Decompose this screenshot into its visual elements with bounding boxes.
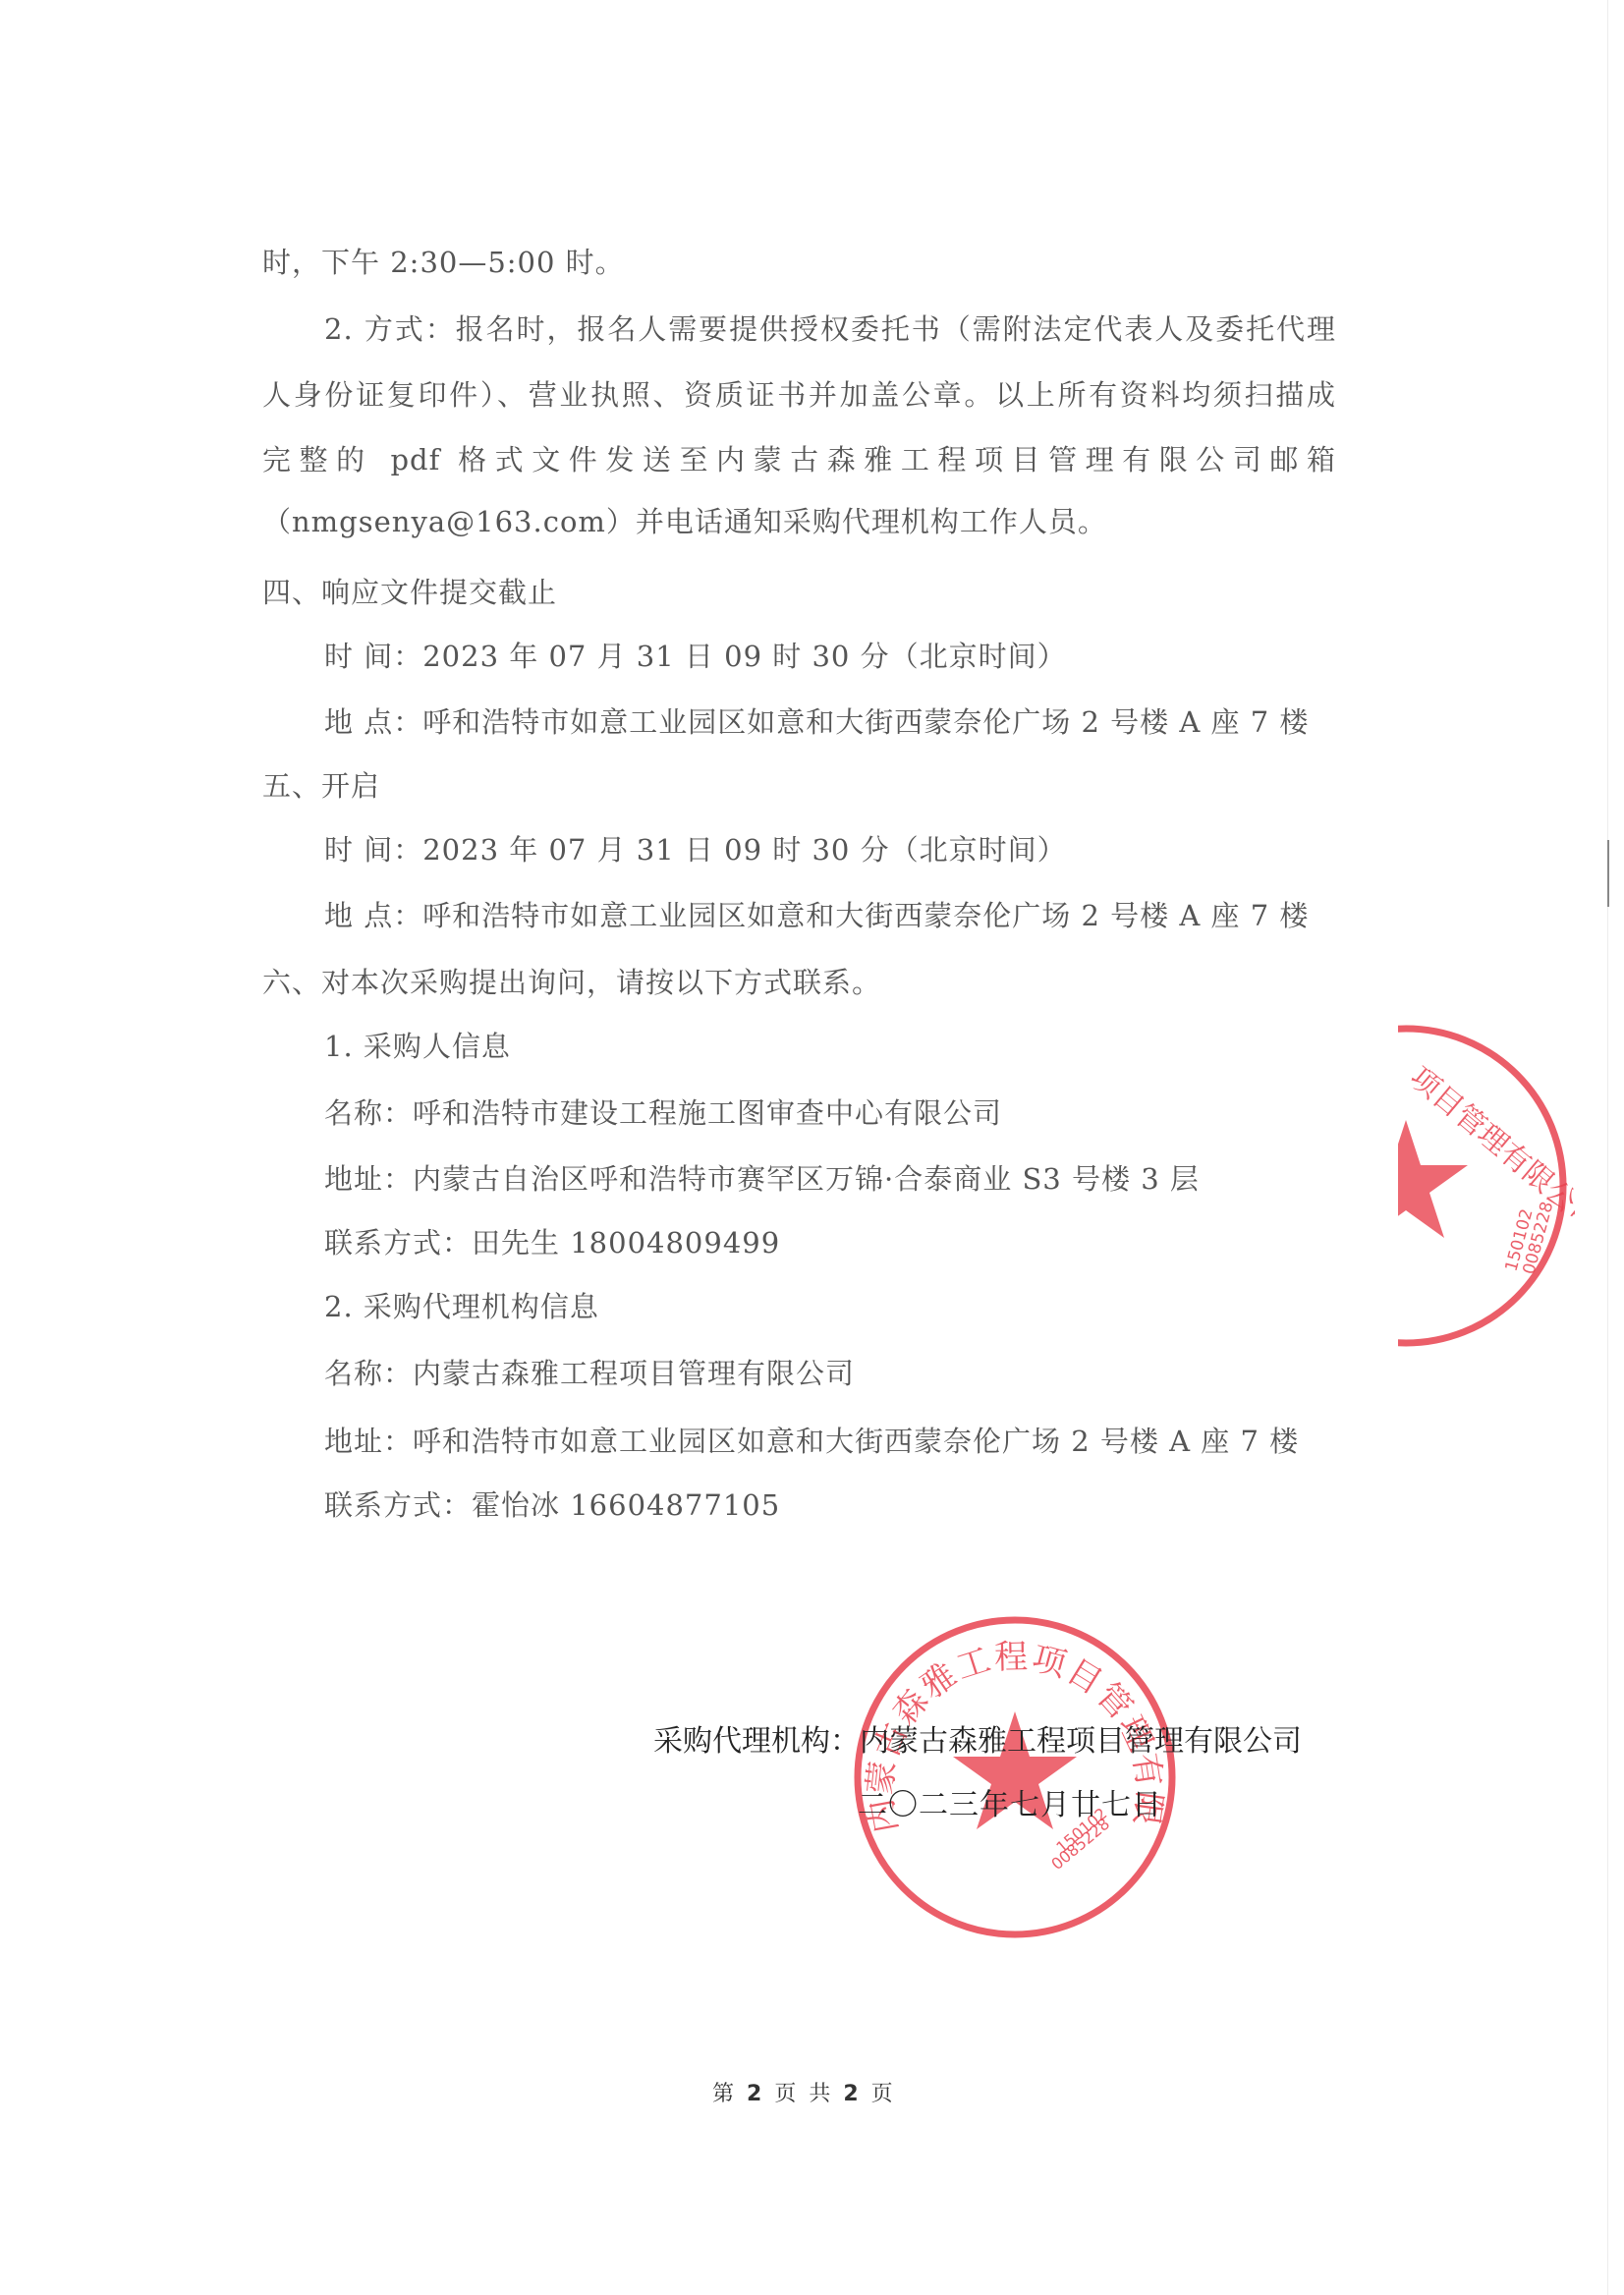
scan-edge-line: [1607, 0, 1608, 2295]
text-line: 联系方式：田先生 18004809499: [324, 1223, 780, 1262]
signature-agency: 采购代理机构：内蒙古森雅工程项目管理有限公司: [653, 1722, 1302, 1762]
subsection-heading: 2. 采购代理机构信息: [324, 1287, 599, 1326]
svg-text:0085228: 0085228: [1520, 1200, 1558, 1276]
page-footer: 第 2 页 共 2 页: [712, 2081, 893, 2108]
text-line: 完整的 pdf 格式文件发送至内蒙古森雅工程项目管理有限公司邮箱: [262, 440, 1336, 479]
section-heading: 四、响应文件提交截止: [262, 573, 557, 612]
current-page: 2: [747, 2082, 761, 2106]
text-line: 2. 方式：报名时，报名人需要提供授权委托书（需附法定代表人及委托代理: [324, 309, 1336, 349]
text-line: 时，下午 2:30—5:00 时。: [262, 243, 625, 282]
text-line: 人身份证复印件）、营业执照、资质证书并加盖公章。以上所有资料均须扫描成: [262, 375, 1336, 415]
text-line: 名称：内蒙古森雅工程项目管理有限公司: [324, 1354, 855, 1393]
text-line: 名称：呼和浩特市建设工程施工图审查中心有限公司: [324, 1093, 1002, 1133]
section-heading: 五、开启: [262, 766, 380, 806]
text-line: 地址：呼和浩特市如意工业园区如意和大街西蒙奈伦广场 2 号楼 A 座 7 楼: [324, 1422, 1299, 1461]
footer-suffix: 页: [871, 2082, 893, 2106]
total-pages: 2: [843, 2082, 858, 2106]
svg-text:项目管理有限公司: 项目管理有限公司: [1403, 1060, 1575, 1238]
footer-prefix: 第: [712, 2082, 734, 2106]
scan-edge-mark: [1607, 840, 1609, 907]
star-icon: [1398, 1120, 1468, 1238]
text-line: 时 间：2023 年 07 月 31 日 09 时 30 分（北京时间）: [324, 830, 1067, 869]
section-heading: 六、对本次采购提出询问，请按以下方式联系。: [262, 963, 881, 1002]
text-line: 地址：内蒙古自治区呼和浩特市赛罕区万锦·合泰商业 S3 号楼 3 层: [324, 1159, 1200, 1199]
footer-middle: 页 共: [774, 2082, 830, 2106]
edge-seal: 项目管理有限公司 150102 0085228: [1398, 1022, 1575, 1350]
text-line: 地 点：呼和浩特市如意工业园区如意和大街西蒙奈伦广场 2 号楼 A 座 7 楼: [324, 702, 1309, 742]
subsection-heading: 1. 采购人信息: [324, 1027, 511, 1066]
document-page: 时，下午 2:30—5:00 时。 2. 方式：报名时，报名人需要提供授权委托书…: [0, 0, 1624, 2295]
signature-date: 二〇二三年七月廿七日: [858, 1786, 1162, 1825]
text-line: （nmgsenya@163.com）并电话通知采购代理机构工作人员。: [262, 502, 1107, 541]
svg-text:150102: 150102: [1502, 1206, 1538, 1273]
text-line: 联系方式：霍怡冰 16604877105: [324, 1485, 780, 1525]
text-line: 地 点：呼和浩特市如意工业园区如意和大街西蒙奈伦广场 2 号楼 A 座 7 楼: [324, 896, 1309, 935]
company-seal: 内蒙古森雅工程项目管理有限公司 150102 0085228: [851, 1613, 1179, 1941]
text-line: 时 间：2023 年 07 月 31 日 09 时 30 分（北京时间）: [324, 637, 1067, 676]
